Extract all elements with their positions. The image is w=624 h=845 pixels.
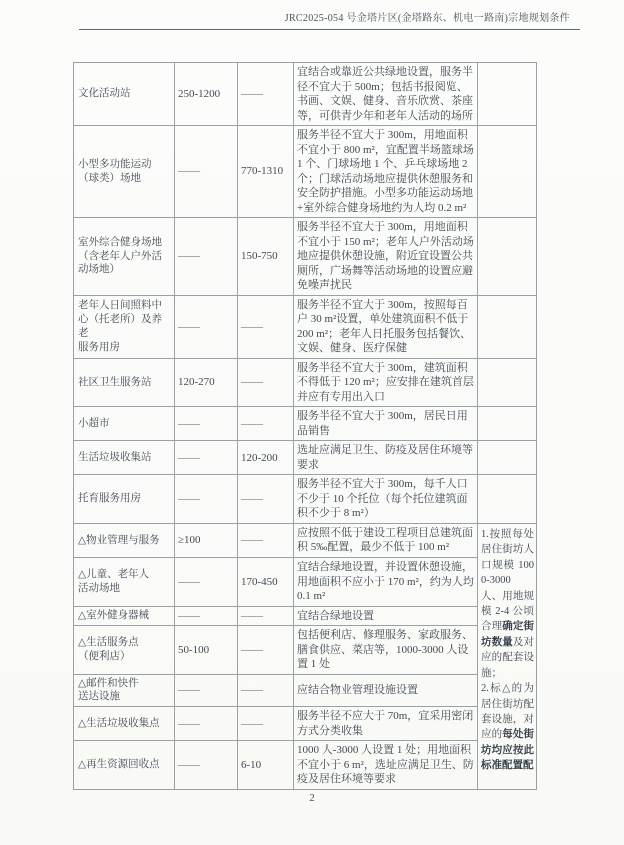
floor-area-cell: —— bbox=[175, 557, 238, 606]
table-row: △再生资源回收点——6-101000 人-3000 人设置 1 处；用地面积不宜… bbox=[74, 741, 537, 790]
notes-empty-cell bbox=[478, 126, 537, 218]
requirements-cell: 服务半径不应大于 70m，宜采用密闭方式分类收集 bbox=[294, 707, 478, 741]
facility-name-cell: 托育服务用房 bbox=[74, 475, 175, 524]
requirements-cell: 服务半径不宜大于 300m，按照每百户 30 m²设置，单处建筑面积不低于 20… bbox=[294, 295, 478, 358]
land-area-cell: —— bbox=[238, 407, 294, 441]
table-row: 小超市————服务半径不宜大于 300m，居民日用品销售 bbox=[74, 407, 537, 441]
notes-empty-cell bbox=[478, 358, 537, 407]
floor-area-cell: 50-100 bbox=[175, 626, 238, 675]
table-row: △生活垃圾收集点————服务半径不应大于 70m，宜采用密闭方式分类收集 bbox=[74, 707, 537, 741]
facility-name-cell: 文化活动站 bbox=[74, 63, 175, 126]
table-row: 室外综合健身场地 （含老年人户外活 动场地）——150-750服务半径不宜大于 … bbox=[74, 218, 537, 296]
land-area-cell: 120-200 bbox=[238, 441, 294, 475]
notes-empty-cell bbox=[478, 475, 537, 524]
page-number: 2 bbox=[309, 792, 315, 804]
requirements-cell: 应结合物业管理设施设置 bbox=[294, 674, 478, 707]
land-area-cell: —— bbox=[238, 475, 294, 524]
table-row: 托育服务用房————服务半径不宜大于 300m，每千人口不少于 10 个托位（每… bbox=[74, 475, 537, 524]
land-area-cell: —— bbox=[238, 707, 294, 741]
notes-empty-cell bbox=[478, 441, 537, 475]
table-row: △室外健身器械————宜结合绿地设置 bbox=[74, 606, 537, 626]
facility-name-cell: 室外综合健身场地 （含老年人户外活 动场地） bbox=[74, 218, 175, 296]
requirements-cell: 服务半径不宜大于 300m，用地面积不宜小于 150 m²；老年人户外活动场地应… bbox=[294, 218, 478, 296]
requirements-cell: 宜结合绿地设置，并设置休憩设施，用地面积不应小于 170 m²，约为人均 0.1… bbox=[294, 557, 478, 606]
notes-empty-cell bbox=[478, 63, 537, 126]
table-row: 社区卫生服务站120-270——服务半径不宜大于 300m，建筑面积不得低于 1… bbox=[74, 358, 537, 407]
document-page: JRC2025-054 号金塔片区(金塔路东、机电一路南)宗地规划条件 文化活动… bbox=[0, 0, 624, 845]
requirements-cell: 应按照不低于建设工程项目总建筑面积 5‰配置，最少不低于 100 m² bbox=[294, 523, 478, 557]
notes-empty-cell bbox=[478, 295, 537, 358]
floor-area-cell: ≥100 bbox=[175, 523, 238, 557]
floor-area-cell: —— bbox=[175, 674, 238, 707]
note-item: 1.按照每处居住街坊人口规模 1000-3000 人、用地规模 2-4 公顷合理… bbox=[481, 527, 534, 681]
land-area-cell: —— bbox=[238, 674, 294, 707]
requirements-cell: 选址应满足卫生、防疫及居住环境等要求 bbox=[294, 441, 478, 475]
table-row: △邮件和快件 送达设施————应结合物业管理设施设置 bbox=[74, 674, 537, 707]
floor-area-cell: —— bbox=[175, 741, 238, 790]
floor-area-cell: —— bbox=[175, 707, 238, 741]
requirements-cell: 服务半径不宜大于 300m，建筑面积不得低于 120 m²；应安排在建筑首层并应… bbox=[294, 358, 478, 407]
table-row: 生活垃圾收集站——120-200选址应满足卫生、防疫及居住环境等要求 bbox=[74, 441, 537, 475]
facility-name-cell: 社区卫生服务站 bbox=[74, 358, 175, 407]
land-area-cell: 170-450 bbox=[238, 557, 294, 606]
requirements-cell: 1000 人-3000 人设置 1 处；用地面积不宜小于 6 m²，选址应满足卫… bbox=[294, 741, 478, 790]
table-row: △物业管理与服务≥100——应按照不低于建设工程项目总建筑面积 5‰配置，最少不… bbox=[74, 523, 537, 557]
page-footer: 2 bbox=[0, 792, 624, 804]
requirements-cell: 服务半径不宜大于 300m，每千人口不少于 10 个托位（每个托位建筑面积不少于… bbox=[294, 475, 478, 524]
facility-name-cell: △邮件和快件 送达设施 bbox=[74, 674, 175, 707]
facility-name-cell: 小型多功能运动 （球类）场地 bbox=[74, 126, 175, 218]
requirements-cell: 服务半径不宜大于 300m，用地面积不宜小于 800 m²，宜配置半场篮球场 1… bbox=[294, 126, 478, 218]
facility-name-cell: △室外健身器械 bbox=[74, 606, 175, 626]
facility-name-cell: 老年人日间照料中 心（托老所）及养老 服务用房 bbox=[74, 295, 175, 358]
floor-area-cell: —— bbox=[175, 475, 238, 524]
floor-area-cell: 120-270 bbox=[175, 358, 238, 407]
floor-area-cell: —— bbox=[175, 126, 238, 218]
table-row: △儿童、老年人 活动场地——170-450宜结合绿地设置，并设置休憩设施，用地面… bbox=[74, 557, 537, 606]
land-area-cell: —— bbox=[238, 63, 294, 126]
floor-area-cell: —— bbox=[175, 407, 238, 441]
notes-empty-cell bbox=[478, 407, 537, 441]
facility-name-cell: △儿童、老年人 活动场地 bbox=[74, 557, 175, 606]
requirements-cell: 宜结合绿地设置 bbox=[294, 606, 478, 626]
land-area-cell: —— bbox=[238, 626, 294, 675]
facility-name-cell: △再生资源回收点 bbox=[74, 741, 175, 790]
doc-reference-header: JRC2025-054 号金塔片区(金塔路东、机电一路南)宗地规划条件 bbox=[285, 9, 570, 24]
header-rule bbox=[79, 29, 580, 30]
land-area-cell: 6-10 bbox=[238, 741, 294, 790]
land-area-cell: 150-750 bbox=[238, 218, 294, 296]
floor-area-cell: —— bbox=[175, 606, 238, 626]
floor-area-cell: —— bbox=[175, 441, 238, 475]
facility-name-cell: △生活服务点 （便利店） bbox=[74, 626, 175, 675]
land-area-cell: —— bbox=[238, 358, 294, 407]
floor-area-cell: —— bbox=[175, 295, 238, 358]
note-item: 2.标△的为居住街坊配套设施，对应的每处街坊均应按此标准配置配 bbox=[481, 681, 534, 774]
land-area-cell: —— bbox=[238, 295, 294, 358]
land-area-cell: —— bbox=[238, 523, 294, 557]
facility-name-cell: △物业管理与服务 bbox=[74, 523, 175, 557]
requirements-cell: 包括便利店、修理服务、家政服务、膳食供应、菜店等，1000-3000 人设置 1… bbox=[294, 626, 478, 675]
planning-facilities-table: 文化活动站250-1200——宜结合或靠近公共绿地设置，服务半径不宜大于 500… bbox=[73, 62, 537, 790]
floor-area-cell: —— bbox=[175, 218, 238, 296]
floor-area-cell: 250-1200 bbox=[175, 63, 238, 126]
table-row: 老年人日间照料中 心（托老所）及养老 服务用房————服务半径不宜大于 300m… bbox=[74, 295, 537, 358]
requirements-cell: 服务半径不宜大于 300m，居民日用品销售 bbox=[294, 407, 478, 441]
requirements-cell: 宜结合或靠近公共绿地设置，服务半径不宜大于 500m；包括书报阅览、书画、文娱、… bbox=[294, 63, 478, 126]
notes-cell: 1.按照每处居住街坊人口规模 1000-3000 人、用地规模 2-4 公顷合理… bbox=[478, 523, 537, 789]
table-row: △生活服务点 （便利店）50-100——包括便利店、修理服务、家政服务、膳食供应… bbox=[74, 626, 537, 675]
facility-name-cell: 小超市 bbox=[74, 407, 175, 441]
land-area-cell: 770-1310 bbox=[238, 126, 294, 218]
land-area-cell: —— bbox=[238, 606, 294, 626]
table-row: 文化活动站250-1200——宜结合或靠近公共绿地设置，服务半径不宜大于 500… bbox=[74, 63, 537, 126]
table-row: 小型多功能运动 （球类）场地——770-1310服务半径不宜大于 300m，用地… bbox=[74, 126, 537, 218]
facility-name-cell: △生活垃圾收集点 bbox=[74, 707, 175, 741]
notes-empty-cell bbox=[478, 218, 537, 296]
facility-name-cell: 生活垃圾收集站 bbox=[74, 441, 175, 475]
